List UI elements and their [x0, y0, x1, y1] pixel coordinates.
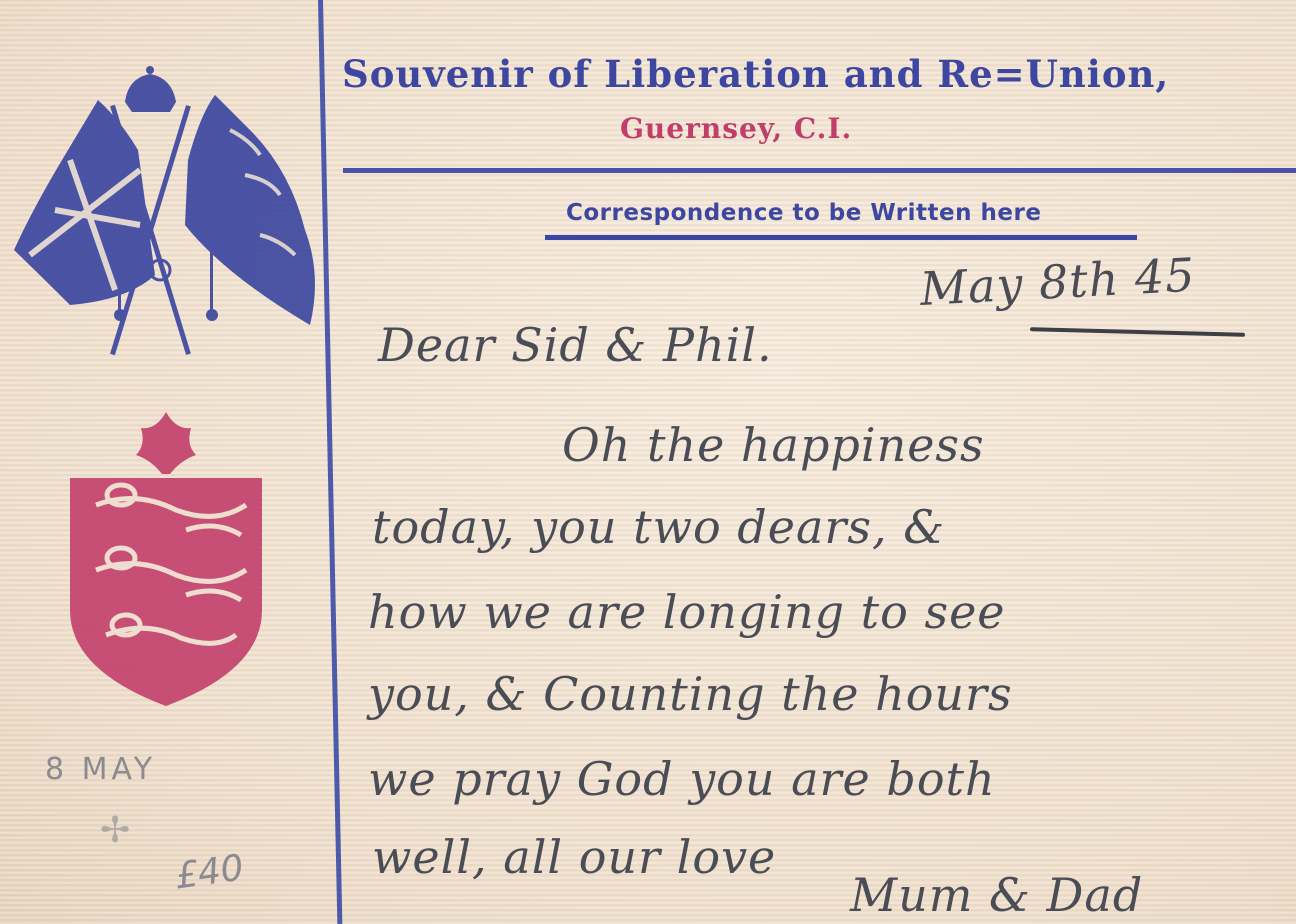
correspondence-rule: [545, 235, 1137, 240]
pencil-date-note: 8 MAY: [45, 752, 156, 787]
letter-line: we pray God you are both: [368, 752, 996, 806]
date-underline: [1030, 327, 1245, 337]
letter-line: you, & Counting the hours: [368, 667, 1013, 721]
pencil-mark-icon: ✢: [100, 810, 130, 851]
postcard-title: Souvenir of Liberation and Re=Union,: [342, 52, 1262, 96]
pencil-price-note: £40: [172, 847, 246, 897]
letter-line: today, you two dears, &: [372, 500, 945, 554]
letter-line: Oh the happiness: [562, 418, 985, 472]
letter-line: well, all our love: [372, 830, 776, 884]
header-rule: [343, 168, 1296, 173]
crossed-flags-with-crown-icon: [10, 60, 320, 360]
postcard: Souvenir of Liberation and Re=Union, Gue…: [0, 0, 1296, 924]
guernsey-three-lions-crest-icon: [66, 410, 266, 710]
vertical-divider: [318, 0, 342, 924]
letter-greeting: Dear Sid & Phil.: [378, 318, 773, 372]
correspondence-label: Correspondence to be Written here: [566, 200, 1041, 226]
letter-date: May 8th 45: [919, 248, 1197, 316]
postcard-subtitle: Guernsey, C.I.: [620, 112, 852, 145]
letter-line: how we are longing to see: [368, 585, 1006, 639]
letter-signature: Mum & Dad: [850, 868, 1143, 922]
